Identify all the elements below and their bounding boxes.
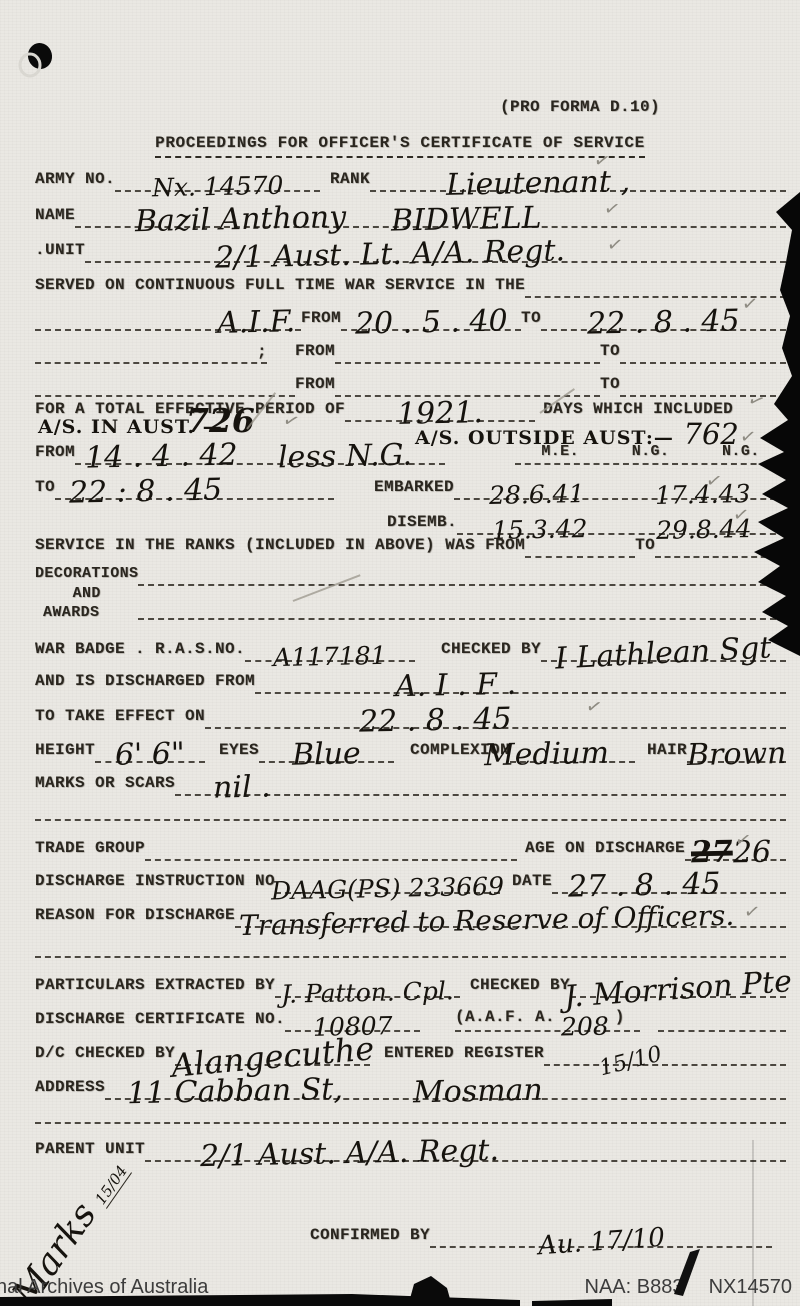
decorations-line1: DECORATIONS — [35, 566, 138, 586]
force-field: A.I.F. — [35, 299, 301, 331]
bottom-right-blot — [532, 1299, 612, 1306]
archive-item: NX14570 — [709, 1276, 792, 1298]
from2-field: 14 . 4 . 42 less N.G. — [75, 433, 445, 465]
page-title: PROCEEDINGS FOR OFFICER'S CERTIFICATE OF… — [155, 134, 645, 158]
dc-checked-row: D/C CHECKED BY Alangecuthe ENTERED REGIS… — [35, 1034, 786, 1066]
service-period-row-1: A.I.F. FROM 20 . 5 . 40 TO 22 . 8 . 45 — [35, 299, 786, 331]
archive-footer-right: NAA: B883 NX14570 — [585, 1276, 792, 1299]
cert-extra-field — [658, 1000, 786, 1032]
extracted-field: J. Patton. Cpl. — [275, 966, 460, 998]
form-reference: (PRO FORMA D.10) — [500, 99, 660, 120]
spacer — [445, 433, 515, 465]
decorations-block: DECORATIONS AND AWARDS — [35, 566, 786, 620]
reason-value: Transferred to Reserve of Officers. — [239, 902, 735, 940]
address-suburb-value: Mosman — [413, 1076, 543, 1109]
title-wrap: PROCEEDINGS FOR OFFICER'S CERTIFICATE OF… — [0, 134, 800, 153]
reason-row: REASON FOR DISCHARGE Transferred to Rese… — [35, 896, 786, 928]
effect-date-row: TO TAKE EFFECT ON 22 . 8 . 45 — [35, 697, 786, 729]
register-field: 15/10 — [544, 1034, 786, 1066]
discharged-from-field: A. I . F . — [255, 662, 786, 694]
parent-unit-row: PARENT UNIT 2/1 Aust. A/A. Regt. — [35, 1130, 786, 1162]
col-ng1-label: N.G. — [632, 444, 670, 464]
form-ref-open: (A.A.F. A. — [455, 1009, 555, 1030]
to-label-2: TO — [600, 343, 620, 364]
decorations-labels: DECORATIONS AND AWARDS — [35, 566, 138, 620]
army-no-field: Nx. 14570 — [115, 160, 320, 192]
decorations-line3: AWARDS — [35, 605, 138, 625]
particulars-checked-field: J. Morrison Pte — [570, 966, 786, 998]
from-to-aust-row: FROM 14 . 4 . 42 less N.G. M.E. N.G. N.G… — [35, 433, 786, 465]
ras-no-field: A117181 — [245, 630, 415, 662]
parent-unit-value: 2/1 Aust. A/A. Regt. — [200, 1136, 500, 1172]
rank-label: RANK — [330, 171, 370, 192]
punch-hole-ghost — [20, 54, 40, 76]
war-badge-label: WAR BADGE . R.A.S.NO. — [35, 641, 245, 662]
from2-label: FROM — [35, 444, 75, 465]
ranks-from-field — [525, 526, 635, 558]
to-field-2 — [620, 332, 786, 364]
date-label: DATE — [512, 873, 552, 894]
from-label-1: FROM — [301, 310, 341, 331]
ranks-label: SERVICE IN THE RANKS (INCLUDED IN ABOVE)… — [35, 537, 525, 558]
ranks-to-field — [655, 526, 786, 558]
confirmed-row: CONFIRMED BY Au. 17/10 — [310, 1216, 772, 1248]
reason-field: Transferred to Reserve of Officers. — [235, 896, 786, 928]
date-field: 27 . 8 . 45 — [552, 862, 786, 894]
embarked-label: EMBARKED — [374, 479, 454, 500]
embarked-row: TO 22 : 8 . 45 EMBARKED 28.6.41 17.4.43 — [35, 468, 786, 500]
from-label-2: FROM — [295, 343, 335, 364]
row2-mark: ; — [257, 344, 267, 362]
served-label: SERVED ON CONTINUOUS FULL TIME WAR SERVI… — [35, 277, 525, 298]
ranks-service-row: SERVICE IN THE RANKS (INCLUDED IN ABOVE)… — [35, 526, 786, 558]
from-field-2 — [335, 332, 600, 364]
to2-field: 22 : 8 . 45 — [55, 468, 334, 500]
instruction-row: DISCHARGE INSTRUCTION NO DAAG(PS) 233669… — [35, 862, 786, 894]
name-field: Bazil Anthony BIDWELL — [75, 196, 786, 228]
hair-label: HAIR — [647, 742, 687, 763]
force-field-2: ; — [35, 332, 267, 364]
address-field: 11 Cabban St, Mosman — [105, 1068, 786, 1100]
confirmed-signature: Au. 17/10 — [537, 1225, 665, 1260]
archive-series: NAA: B883 — [585, 1276, 684, 1298]
height-label: HEIGHT — [35, 742, 95, 763]
marks-label: MARKS OR SCARS — [35, 775, 175, 796]
address-label: ADDRESS — [35, 1079, 105, 1100]
eyes-label: EYES — [219, 742, 259, 763]
ranks-to-label: TO — [635, 537, 655, 558]
pencil-tick-icon: ✓ — [605, 235, 624, 256]
rank-field: Lieutenant , — [370, 160, 786, 192]
confirmed-label: CONFIRMED BY — [310, 1227, 430, 1248]
eyes-field: Blue — [259, 731, 394, 763]
decorations-line2: AND — [35, 586, 138, 606]
scanned-service-record: (PRO FORMA D.10) PROCEEDINGS FOR OFFICER… — [0, 0, 800, 1306]
marks-value: nil . — [213, 772, 271, 803]
section-divider-1 — [35, 819, 786, 821]
instruction-field: DAAG(PS) 233669 — [275, 862, 500, 894]
discharged-from-label: AND IS DISCHARGED FROM — [35, 673, 255, 694]
register-label: ENTERED REGISTER — [384, 1045, 544, 1066]
parent-unit-label: PARENT UNIT — [35, 1141, 145, 1162]
decorations-field-1 — [138, 566, 786, 586]
confirmed-field: Au. 17/10 — [430, 1216, 772, 1248]
dc-checked-label: D/C CHECKED BY — [35, 1045, 175, 1066]
name-row: NAME Bazil Anthony BIDWELL — [35, 196, 786, 228]
served-row: SERVED ON CONTINUOUS FULL TIME WAR SERVI… — [35, 266, 786, 298]
to-label-1: TO — [521, 310, 541, 331]
cert-label: DISCHARGE CERTIFICATE NO. — [35, 1011, 285, 1032]
physical-description-row: HEIGHT 6' 6" EYES Blue COMPLEXION Medium… — [35, 731, 786, 763]
pencil-tick-icon: ✓ — [741, 294, 759, 315]
form-ref-field: (A.A.F. A. 208 ) — [455, 1000, 640, 1032]
name-label: NAME — [35, 207, 75, 228]
effect-label: TO TAKE EFFECT ON — [35, 708, 205, 729]
paper-crease — [752, 1140, 754, 1306]
address-row: ADDRESS 11 Cabban St, Mosman — [35, 1068, 786, 1100]
cert-no-field: 10807 — [285, 1000, 420, 1032]
service-period-row-2: ; FROM TO — [35, 332, 786, 364]
particulars-checked-label: CHECKED BY — [470, 977, 570, 998]
archive-footer-left: nal Archives of Australia — [0, 1276, 208, 1299]
punch-hole-blot — [25, 40, 55, 71]
unit-label: .UNIT — [35, 242, 85, 263]
marks-row: MARKS OR SCARS nil . — [35, 764, 786, 796]
marks-field: nil . — [175, 764, 786, 796]
trade-field — [145, 829, 517, 861]
army-no-label: ARMY NO. — [35, 171, 115, 192]
to2-label: TO — [35, 479, 55, 500]
corner-signature-note: 15/04 — [91, 1162, 131, 1208]
total-days-field: 1921. — [345, 390, 535, 422]
height-field: 6' 6" — [95, 731, 205, 763]
section-divider-2 — [35, 956, 786, 958]
unit-field: 2/1 Aust. Lt. A/A. Regt. — [85, 231, 786, 263]
form-ref-close: ) — [615, 1009, 625, 1030]
dc-checked-field: Alangecuthe — [175, 1034, 370, 1066]
reason-label: REASON FOR DISCHARGE — [35, 907, 235, 928]
address-street-value: 11 Cabban St, — [127, 1075, 343, 1110]
discharged-from-row: AND IS DISCHARGED FROM A. I . F . — [35, 662, 786, 694]
trade-age-row: TRADE GROUP AGE ON DISCHARGE 27 26 — [35, 829, 786, 861]
age-label: AGE ON DISCHARGE — [525, 840, 685, 861]
particulars-row: PARTICULARS EXTRACTED BY J. Patton. Cpl.… — [35, 966, 786, 998]
pencil-tick-icon: ✓ — [738, 427, 757, 448]
instruction-label: DISCHARGE INSTRUCTION NO — [35, 873, 275, 894]
decorations-fields — [138, 566, 786, 620]
decorations-field-2 — [138, 586, 786, 620]
army-rank-row: ARMY NO. Nx. 14570 RANK Lieutenant , — [35, 160, 786, 192]
pencil-tick-icon: ✓ — [742, 902, 761, 923]
effect-date-field: 22 . 8 . 45 — [205, 697, 786, 729]
checked-by-field: I Lathlean Sgt — [541, 630, 786, 662]
checked-by-label: CHECKED BY — [441, 641, 541, 662]
parent-unit-field: 2/1 Aust. A/A. Regt. — [145, 1130, 786, 1162]
col-me-label: M.E. — [541, 444, 579, 464]
extracted-label: PARTICULARS EXTRACTED BY — [35, 977, 275, 998]
from-field-1: 20 . 5 . 40 — [341, 299, 521, 331]
certificate-row: DISCHARGE CERTIFICATE NO. 10807 (A.A.F. … — [35, 1000, 786, 1032]
unit-row: .UNIT 2/1 Aust. Lt. A/A. Regt. — [35, 231, 786, 263]
section-divider-3 — [35, 1122, 786, 1124]
trade-label: TRADE GROUP — [35, 840, 145, 861]
hair-field: Brown — [687, 731, 786, 763]
archive-footer: nal Archives of Australia NAA: B883 NX14… — [0, 1276, 792, 1299]
war-badge-row: WAR BADGE . R.A.S.NO. A117181 CHECKED BY… — [35, 630, 786, 662]
spacer — [334, 468, 374, 500]
pencil-tick-icon: ✓ — [731, 505, 750, 526]
embarked-field: 28.6.41 17.4.43 — [454, 468, 786, 500]
complexion-field: Medium — [510, 731, 635, 763]
